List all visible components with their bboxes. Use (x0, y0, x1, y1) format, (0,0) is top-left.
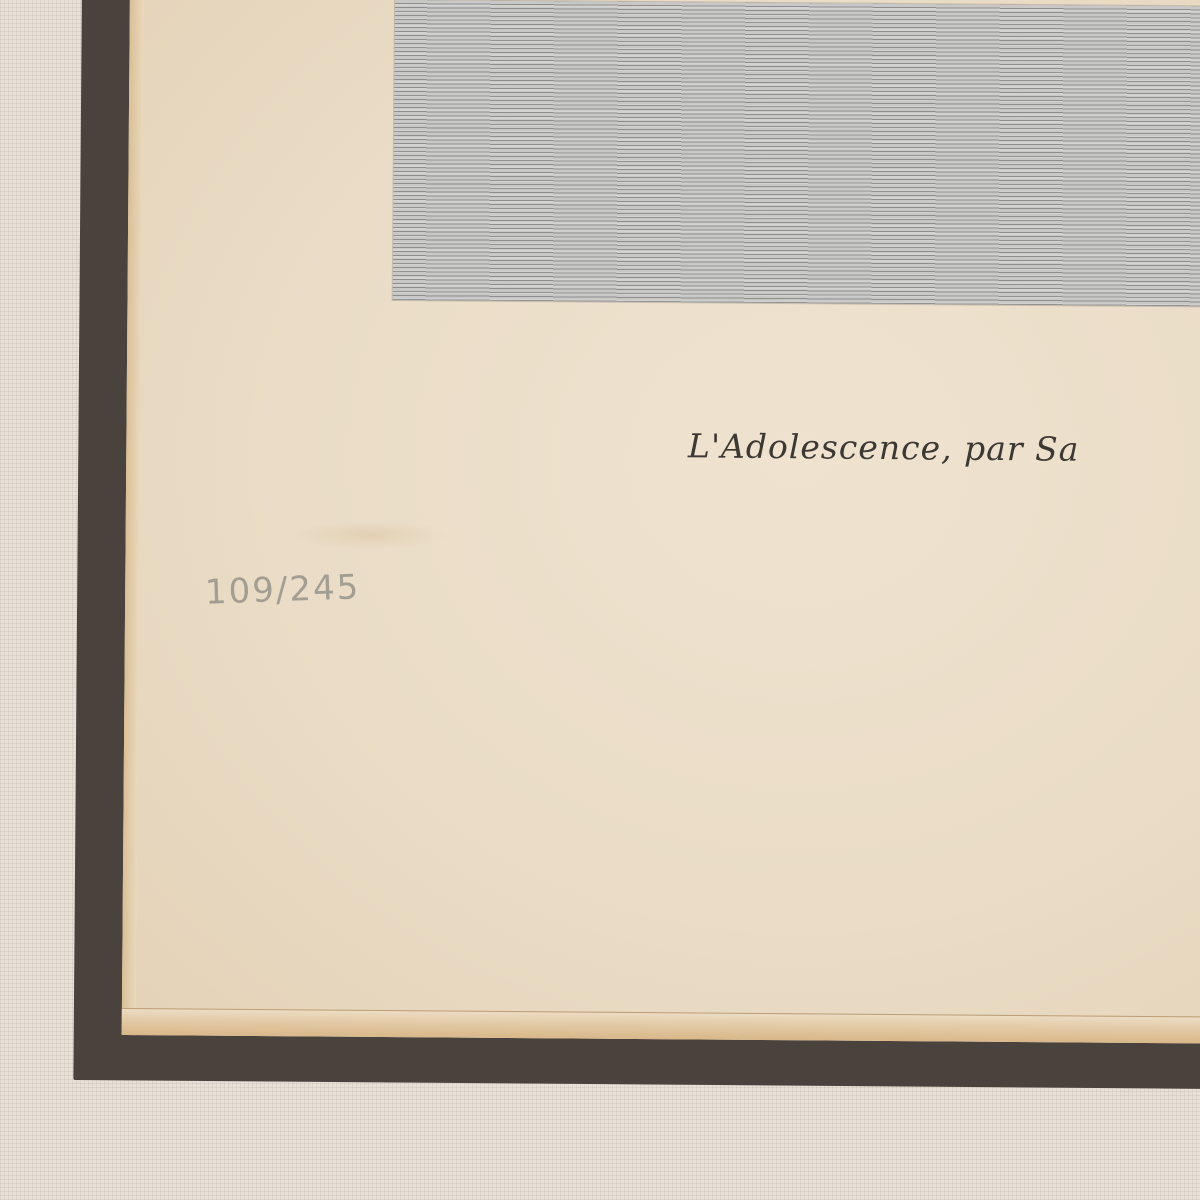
engraved-image-area (393, 0, 1200, 306)
paper-stain (290, 520, 450, 550)
print-caption: L'Adolescence, par Sa (688, 426, 1080, 468)
edition-number: 109/245 (204, 567, 361, 612)
